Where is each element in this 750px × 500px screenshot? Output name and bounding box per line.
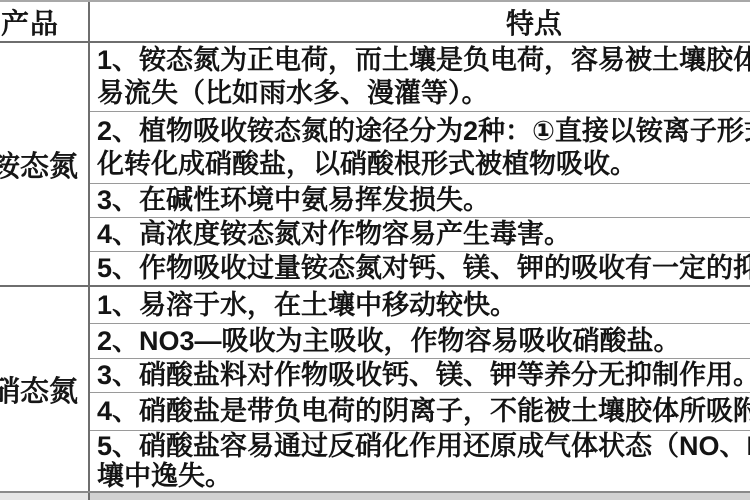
bottom-partial-product-cell (0, 493, 90, 500)
section-ammonium-nitrogen: 铵态氮 1、铵态氮为正电荷，而土壤是负电荷，容易被土壤胶体易 易流失（比如雨水多… (0, 43, 750, 287)
section-nitrate-nitrogen: 硝态氮 1、易溶于水，在土壤中移动较快。 2、NO3—吸收为主吸收，作物容易吸收… (0, 287, 750, 491)
feature-row: 5、硝酸盐容易通过反硝化作用还原成气体状态（NO、N2 壤中逸失。 (90, 430, 750, 491)
feature-column-header: 特点 (90, 2, 750, 41)
feature-line: 1、铵态氮为正电荷，而土壤是负电荷，容易被土壤胶体易 (97, 44, 750, 77)
feature-row: 4、高浓度铵态氮对作物容易产生毒害。 (90, 217, 750, 251)
fertilizer-comparison-table: 产品 特点 铵态氮 1、铵态氮为正电荷，而土壤是负电荷，容易被土壤胶体易 易流失… (0, 0, 750, 500)
feature-cells: 1、铵态氮为正电荷，而土壤是负电荷，容易被土壤胶体易 易流失（比如雨水多、漫灌等… (90, 43, 750, 285)
table-header-row: 产品 特点 (0, 0, 750, 43)
feature-row: 2、NO3—吸收为主吸收，作物容易吸收硝酸盐。 (90, 323, 750, 358)
feature-row: 4、硝酸盐是带负电荷的阴离子，不能被土壤胶体所吸附,易 (90, 392, 750, 430)
feature-line: 3、在碱性环境中氨易挥发损失。 (97, 184, 750, 217)
feature-line: 化转化成硝酸盐，以硝酸根形式被植物吸收。 (97, 148, 750, 181)
feature-line: 2、植物吸收铵态氮的途径分为2种：①直接以铵离子形式被 (97, 115, 750, 148)
feature-row: 5、作物吸收过量铵态氮对钙、镁、钾的吸收有一定的抑制 (90, 251, 750, 285)
product-label-ammonium: 铵态氮 (0, 144, 78, 185)
feature-line: 5、硝酸盐容易通过反硝化作用还原成气体状态（NO、N2 (97, 431, 750, 461)
bottom-partial-row (0, 491, 750, 500)
feature-cells: 1、易溶于水，在土壤中移动较快。 2、NO3—吸收为主吸收，作物容易吸收硝酸盐。… (90, 287, 750, 491)
feature-line: 5、作物吸收过量铵态氮对钙、镁、钾的吸收有一定的抑制 (97, 252, 750, 285)
feature-line: 易流失（比如雨水多、漫灌等）。 (97, 77, 750, 110)
feature-line: 1、易溶于水，在土壤中移动较快。 (97, 289, 750, 322)
feature-line: 壤中逸失。 (97, 461, 750, 491)
feature-row: 3、硝酸盐料对作物吸收钙、镁、钾等养分无抑制作用。 (90, 358, 750, 392)
product-cell: 硝态氮 (0, 287, 90, 491)
feature-row: 1、易溶于水，在土壤中移动较快。 (90, 287, 750, 323)
product-column-header: 产品 (0, 2, 90, 41)
feature-row: 3、在碱性环境中氨易挥发损失。 (90, 183, 750, 217)
feature-line: 2、NO3—吸收为主吸收，作物容易吸收硝酸盐。 (97, 325, 750, 358)
product-cell: 铵态氮 (0, 43, 90, 285)
feature-row: 2、植物吸收铵态氮的途径分为2种：①直接以铵离子形式被 化转化成硝酸盐，以硝酸根… (90, 111, 750, 183)
feature-row: 1、铵态氮为正电荷，而土壤是负电荷，容易被土壤胶体易 易流失（比如雨水多、漫灌等… (90, 43, 750, 111)
product-label-nitrate: 硝态氮 (0, 369, 78, 410)
feature-line: 4、硝酸盐是带负电荷的阴离子，不能被土壤胶体所吸附,易 (97, 395, 750, 428)
feature-line: 4、高浓度铵态氮对作物容易产生毒害。 (97, 218, 750, 251)
bottom-partial-feature-cell (90, 493, 750, 500)
feature-line: 3、硝酸盐料对作物吸收钙、镁、钾等养分无抑制作用。 (97, 359, 750, 392)
